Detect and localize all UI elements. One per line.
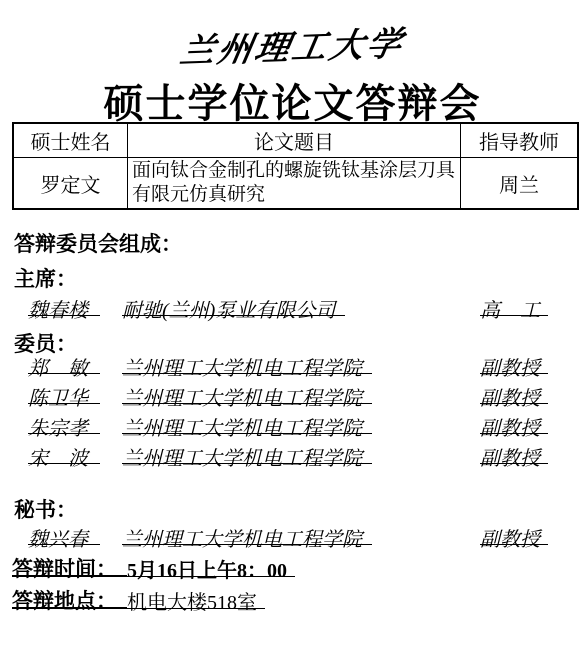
member-row: 宋 波 兰州理工大学机电工程学院 副教授 (0, 442, 585, 464)
cell-student-name: 罗定文 (13, 158, 128, 210)
chair-affiliation: 耐驰(兰州)泵业有限公司 (122, 294, 345, 316)
member-name: 宋 波 (28, 442, 100, 464)
member-row: 朱宗孝 兰州理工大学机电工程学院 副教授 (0, 412, 585, 434)
member-name: 陈卫华 (28, 382, 100, 404)
member-name: 郑 敏 (28, 352, 100, 374)
member-affiliation: 兰州理工大学机电工程学院 (122, 382, 372, 404)
document-title: 硕士学位论文答辩会 (0, 72, 585, 129)
header-student-name: 硕士姓名 (13, 123, 128, 158)
secretary-affiliation: 兰州理工大学机电工程学院 (122, 523, 372, 545)
table-header-row: 硕士姓名 论文题目 指导教师 (13, 123, 578, 158)
member-name: 朱宗孝 (28, 412, 100, 434)
member-title: 副教授 (480, 382, 548, 404)
chair-name: 魏春楼 (28, 294, 100, 316)
chair-row: 魏春楼 耐驰(兰州)泵业有限公司 高 工 (0, 294, 585, 316)
header-advisor: 指导教师 (461, 123, 579, 158)
member-affiliation: 兰州理工大学机电工程学院 (122, 352, 372, 374)
defense-time-value: 5月16日上午8：00 (127, 554, 295, 577)
secretary-label: 秘书： (14, 494, 77, 524)
cell-thesis-title: 面向钛合金制孔的螺旋铣钛基涂层刀具有限元仿真研究 (128, 158, 461, 210)
member-title: 副教授 (480, 442, 548, 464)
defense-info-table: 硕士姓名 论文题目 指导教师 罗定文 面向钛合金制孔的螺旋铣钛基涂层刀具有限元仿… (12, 122, 579, 210)
defense-announcement-page: 兰州理工大学 硕士学位论文答辩会 硕士姓名 论文题目 指导教师 罗定文 面向钛合… (0, 0, 585, 656)
committee-heading: 答辩委员会组成： (14, 228, 182, 258)
header-thesis-title: 论文题目 (128, 123, 461, 158)
member-affiliation: 兰州理工大学机电工程学院 (122, 412, 372, 434)
secretary-name: 魏兴春 (28, 523, 100, 545)
secretary-row: 魏兴春 兰州理工大学机电工程学院 副教授 (0, 523, 585, 545)
secretary-title: 副教授 (480, 523, 548, 545)
university-logo-container: 兰州理工大学 (0, 20, 585, 69)
defense-location-value: 机电大楼518室 (127, 586, 265, 609)
defense-location-label: 答辩地点： (12, 585, 127, 609)
table-data-row: 罗定文 面向钛合金制孔的螺旋铣钛基涂层刀具有限元仿真研究 周兰 (13, 158, 578, 210)
member-title: 副教授 (480, 352, 548, 374)
member-title: 副教授 (480, 412, 548, 434)
member-row: 陈卫华 兰州理工大学机电工程学院 副教授 (0, 382, 585, 404)
university-logo-calligraphy: 兰州理工大学 (176, 16, 408, 73)
chair-label: 主席： (14, 263, 77, 293)
member-affiliation: 兰州理工大学机电工程学院 (122, 442, 372, 464)
defense-time-label: 答辩时间： (12, 553, 127, 577)
cell-advisor: 周兰 (461, 158, 579, 210)
member-row: 郑 敏 兰州理工大学机电工程学院 副教授 (0, 352, 585, 374)
chair-title: 高 工 (480, 294, 548, 316)
